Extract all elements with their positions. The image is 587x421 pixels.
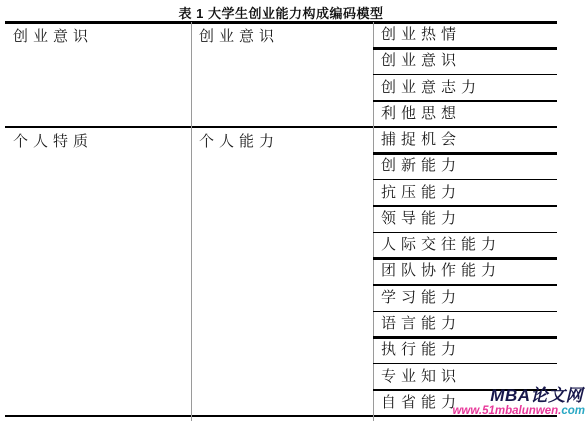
item-cell: 创业意识: [381, 48, 556, 74]
table-caption: 表 1 大学生创业能力构成编码模型: [5, 3, 557, 20]
item-cell: 创业热情: [381, 22, 556, 48]
category-cell: 创业意识: [13, 24, 188, 50]
item-cell: 利他思想: [381, 101, 556, 127]
item-cell: 抗压能力: [381, 180, 556, 206]
item-cell: 创业意志力: [381, 75, 556, 101]
item-cell: 创新能力: [381, 153, 556, 179]
item-cell: 人际交往能力: [381, 232, 556, 258]
subcategory-cell: 创业意识: [199, 24, 369, 50]
item-cell: 领导能力: [381, 206, 556, 232]
item-cell: 团队协作能力: [381, 258, 556, 284]
column-divider-2: [373, 22, 375, 421]
watermark-url-tld: com: [561, 405, 585, 417]
document-page: 表 1 大学生创业能力构成编码模型 创业意识 个人特质 创业意识 个人能力 创业…: [0, 0, 587, 421]
category-cell: 个人特质: [13, 129, 188, 155]
subcategory-cell: 个人能力: [199, 129, 369, 155]
watermark-url-link[interactable]: www.51mbalunwen.com: [355, 406, 585, 418]
watermark: MBA论文网 www.51mbalunwen.com: [355, 387, 585, 418]
item-cell: 捕捉机会: [381, 127, 556, 153]
watermark-url-main: www.51mbalunwen.: [452, 405, 561, 417]
watermark-site-name: MBA论文网: [355, 387, 585, 404]
item-cell: 学习能力: [381, 285, 556, 311]
item-cell: 语言能力: [381, 311, 556, 337]
column-divider-1: [191, 22, 193, 421]
item-cell: 执行能力: [381, 337, 556, 363]
